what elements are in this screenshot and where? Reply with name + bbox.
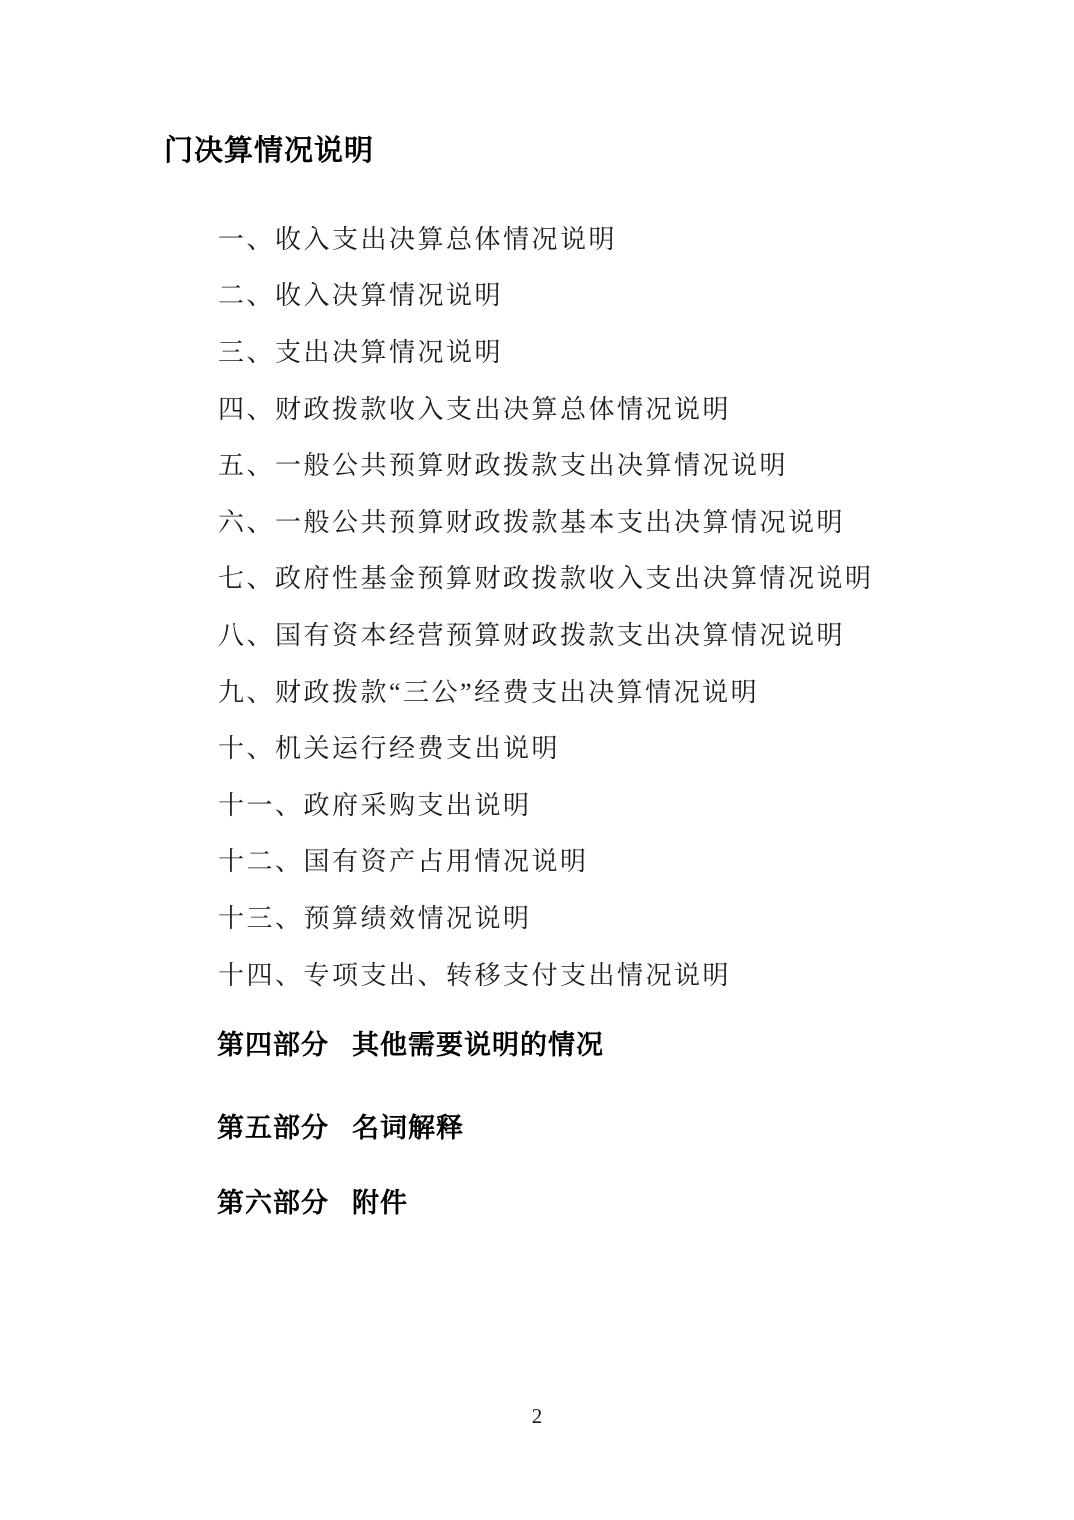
- section-label: 第四部分: [217, 1028, 329, 1062]
- toc-item: 十四、专项支出、转移支付支出情况说明: [218, 945, 874, 1002]
- toc-item: 十一、政府采购支出说明: [218, 775, 874, 832]
- section-title: 附件: [352, 1186, 408, 1220]
- toc-item: 八、国有资本经营预算财政拨款支出决算情况说明: [218, 605, 874, 662]
- toc-item: 九、财政拨款“三公”经费支出决算情况说明: [218, 662, 874, 719]
- toc-item: 四、财政拨款收入支出决算总体情况说明: [218, 379, 874, 436]
- toc-item: 六、一般公共预算财政拨款基本支出决算情况说明: [218, 492, 874, 549]
- toc-item: 五、一般公共预算财政拨款支出决算情况说明: [218, 435, 874, 492]
- section-heading-part-4: 第四部分 其他需要说明的情况: [217, 1028, 604, 1062]
- toc-item: 七、政府性基金预算财政拨款收入支出决算情况说明: [218, 549, 874, 606]
- section-heading-part-6: 第六部分 附件: [217, 1186, 408, 1220]
- toc-item: 十二、国有资产占用情况说明: [218, 832, 874, 889]
- table-of-contents: 一、收入支出决算总体情况说明 二、收入决算情况说明 三、支出决算情况说明 四、财…: [218, 209, 874, 1001]
- toc-item: 一、收入支出决算总体情况说明: [218, 209, 874, 266]
- toc-item: 十三、预算绩效情况说明: [218, 888, 874, 945]
- section-label: 第五部分: [217, 1111, 329, 1145]
- document-page: 门决算情况说明 一、收入支出决算总体情况说明 二、收入决算情况说明 三、支出决算…: [0, 0, 1074, 1520]
- toc-item: 二、收入决算情况说明: [218, 266, 874, 323]
- page-title: 门决算情况说明: [164, 133, 374, 169]
- section-heading-part-5: 第五部分 名词解释: [217, 1111, 464, 1145]
- section-title: 其他需要说明的情况: [352, 1028, 604, 1062]
- page-number: 2: [0, 1404, 1074, 1429]
- section-label: 第六部分: [217, 1186, 329, 1220]
- section-title: 名词解释: [352, 1111, 464, 1145]
- toc-item: 十、机关运行经费支出说明: [218, 718, 874, 775]
- toc-item: 三、支出决算情况说明: [218, 322, 874, 379]
